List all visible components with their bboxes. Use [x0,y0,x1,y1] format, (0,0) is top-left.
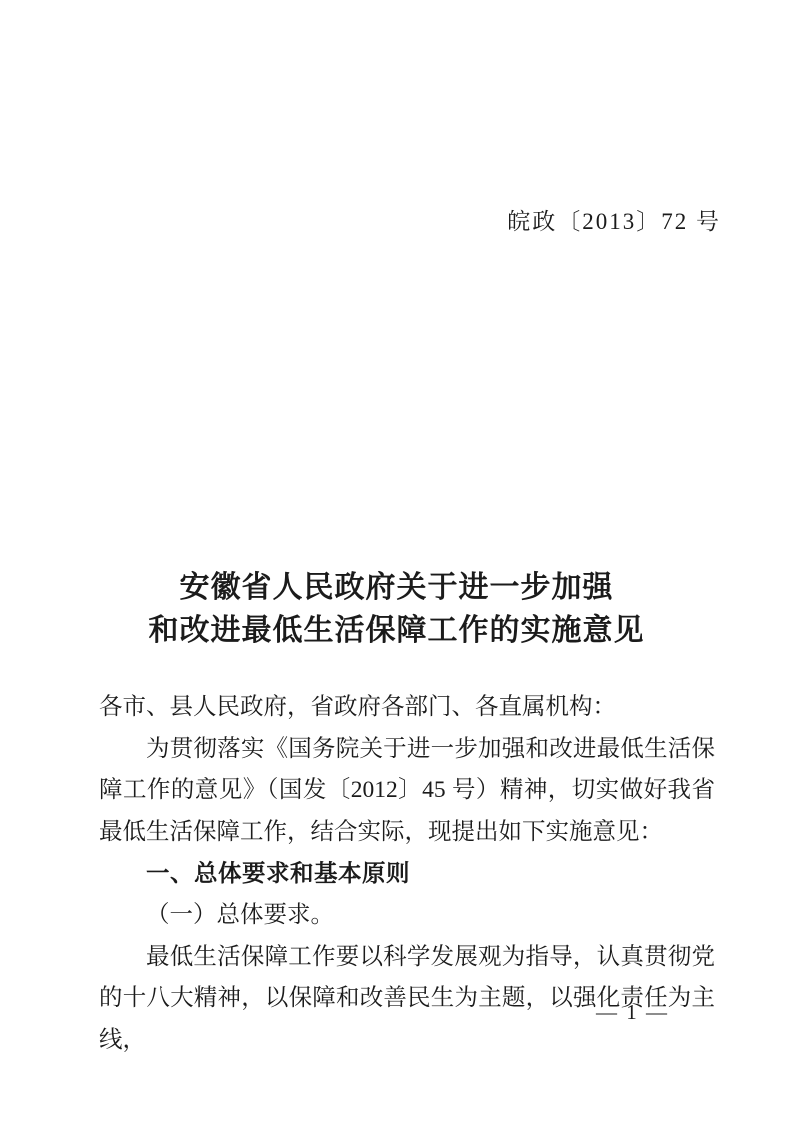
section-1-subheading: （一）总体要求。 [99,895,715,937]
document-title: 安徽省人民政府关于进一步加强 和改进最低生活保障工作的实施意见 [0,566,793,652]
salutation-line: 各市、县人民政府，省政府各部门、各直属机构： [99,687,715,729]
section-1-heading: 一、总体要求和基本原则 [99,853,715,895]
title-line-1: 安徽省人民政府关于进一步加强 [0,566,793,609]
intro-paragraph: 为贯彻落实《国务院关于进一步加强和改进最低生活保障工作的意见》（国发〔2012〕… [99,729,715,854]
page-number: — 1 — [596,1000,669,1025]
title-line-2: 和改进最低生活保障工作的实施意见 [0,609,793,652]
doc-number: 皖政〔2013〕72 号 [507,203,721,236]
document-page: 皖政〔2013〕72 号 安徽省人民政府关于进一步加强 和改进最低生活保障工作的… [0,0,793,1122]
section-1-paragraph: 最低生活保障工作要以科学发展观为指导，认真贯彻党的十八大精神，以保障和改善民生为… [99,937,715,1062]
